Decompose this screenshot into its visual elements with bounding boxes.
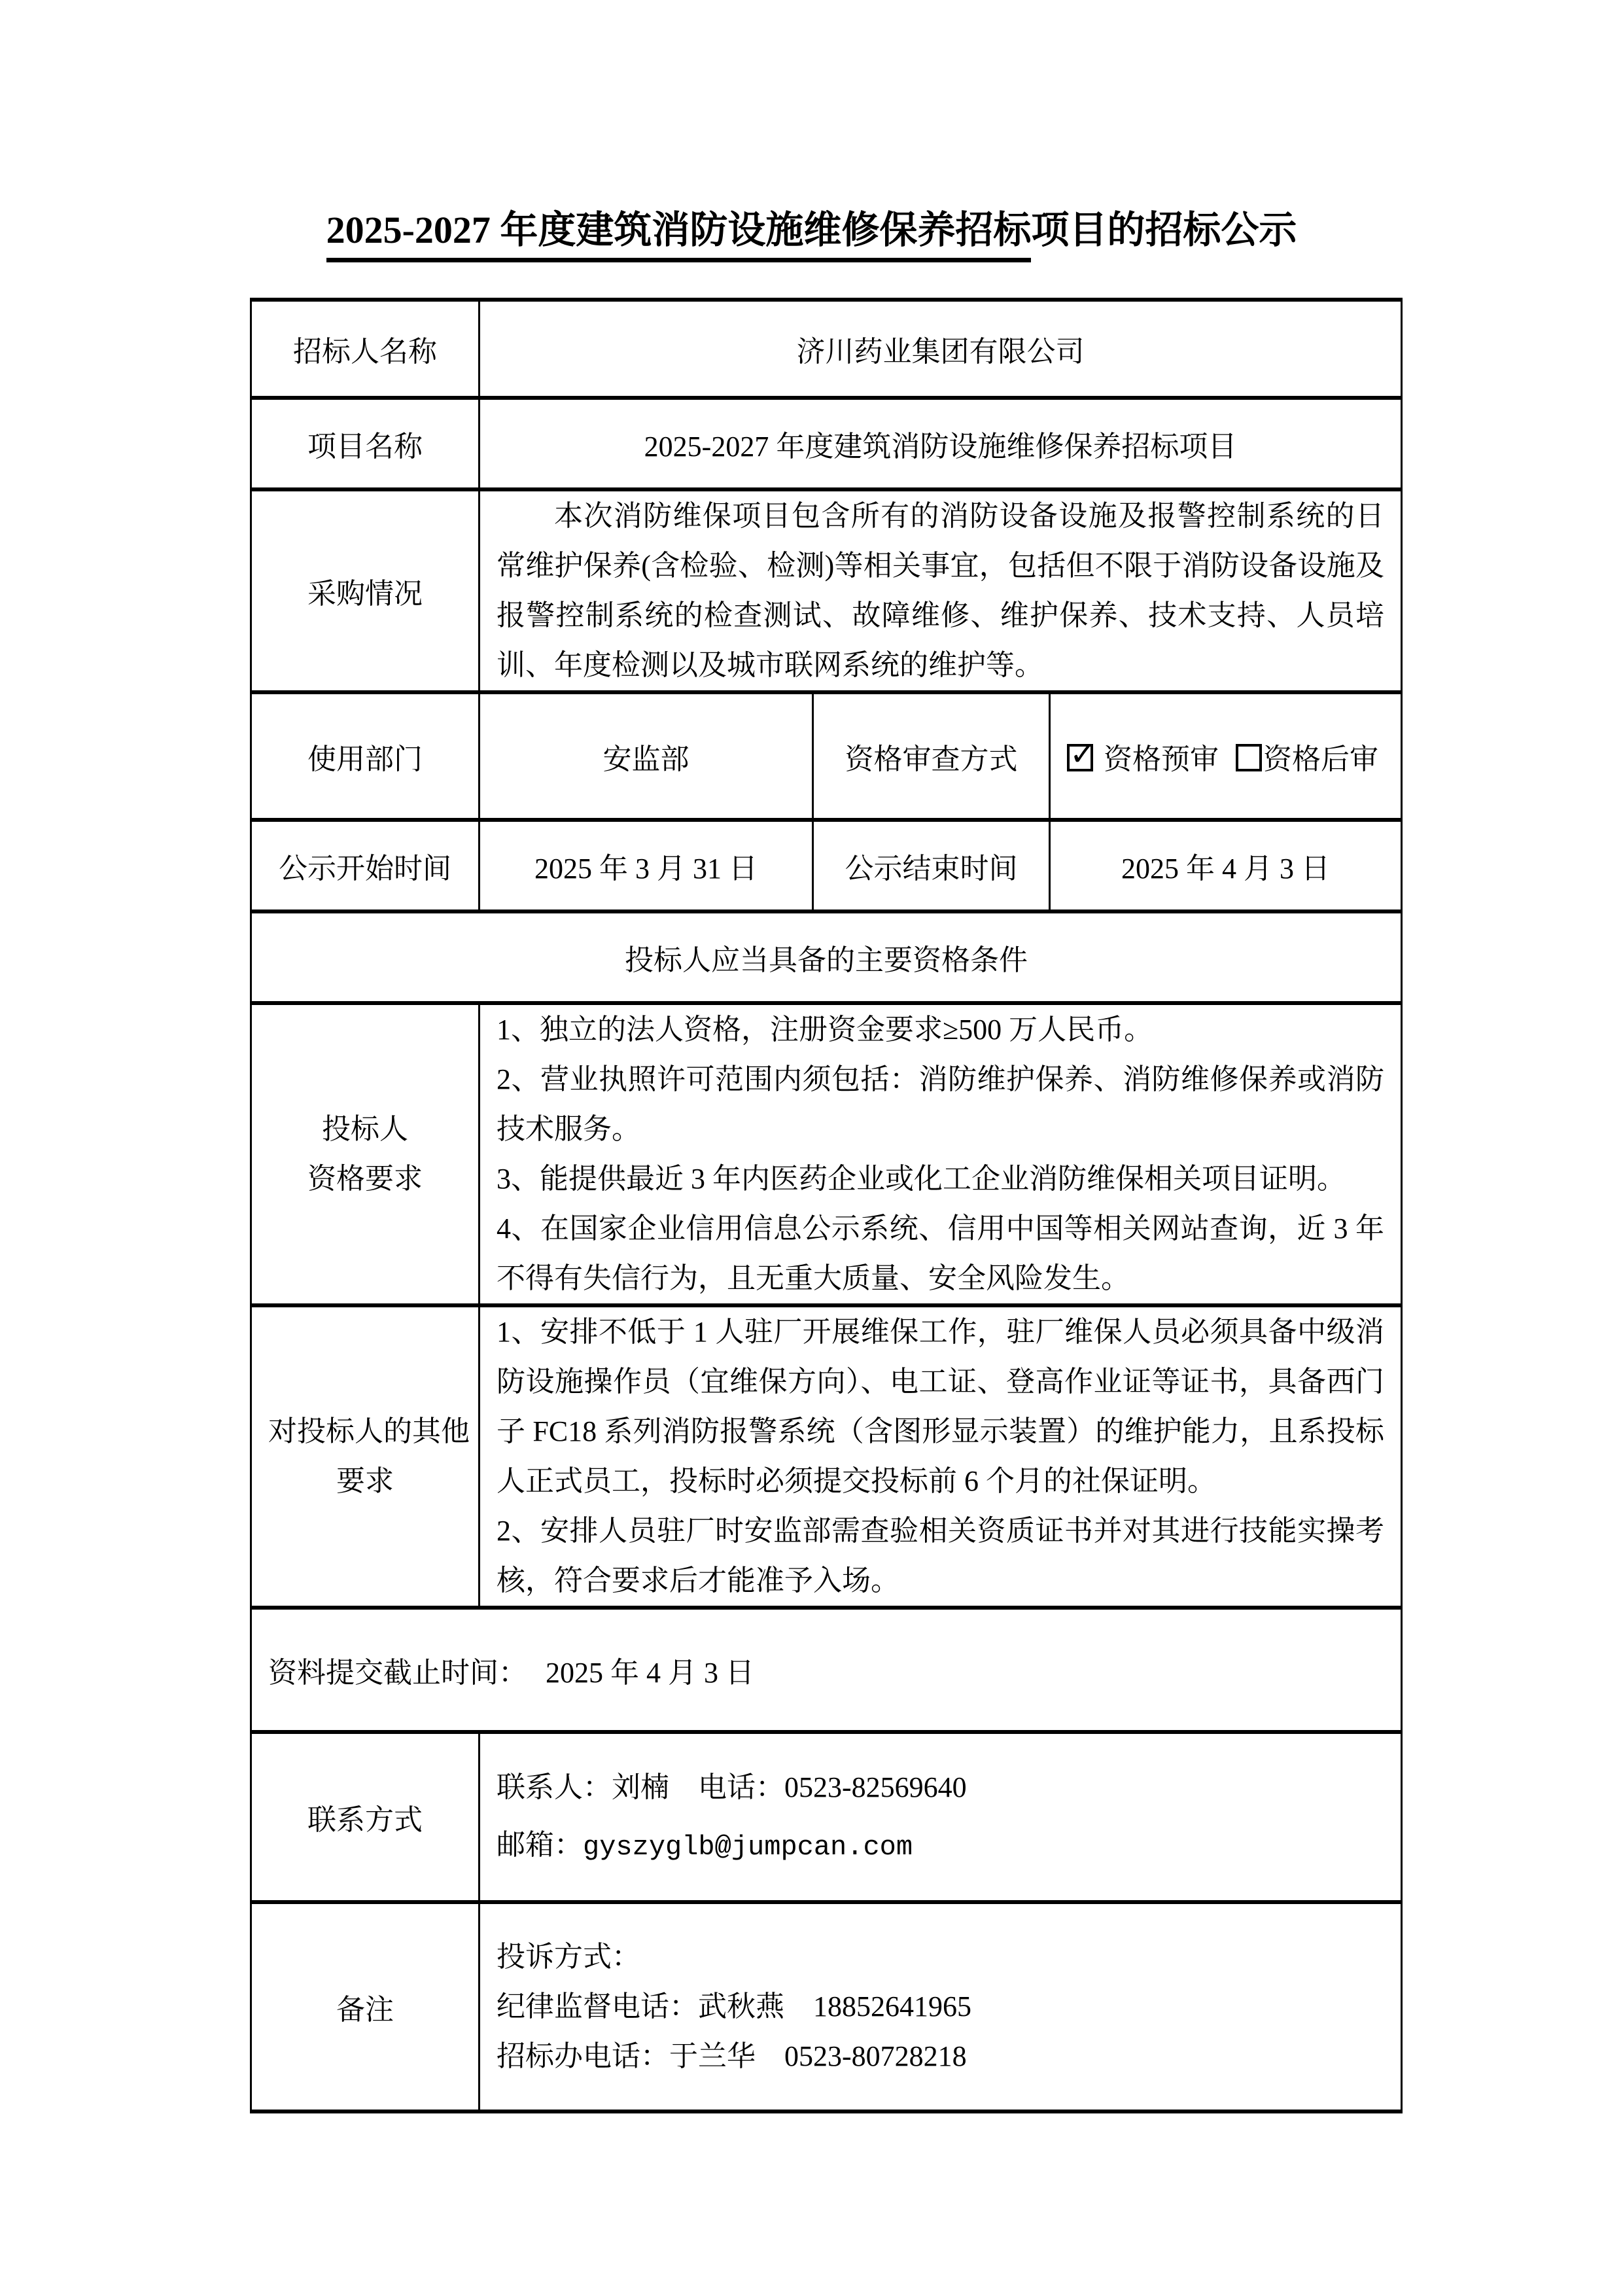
table-row-department-review: 使用部门 安监部 资格审查方式 ✓资格预审资格后审 xyxy=(251,692,1402,820)
pre-review-option: ✓资格预审 xyxy=(1067,743,1219,775)
bidder-name-value: 济川药业集团有限公司 xyxy=(480,300,1402,398)
page-title-underlined: 2025-2027 年度建筑消防设施维修保养招标 xyxy=(326,209,1032,262)
contact-label: 联系方式 xyxy=(251,1732,480,1902)
deadline-label: 资料提交截止时间： xyxy=(268,1657,527,1689)
other-requirements-items: 1、安排不低于 1 人驻厂开展维保工作，驻厂维保人员必须具备中级消防设施操作员（… xyxy=(480,1305,1402,1608)
remarks-label: 备注 xyxy=(251,1902,480,2111)
bidder-qualification-items: 1、独立的法人资格，注册资金要求≥500 万人民币。 2、营业执照许可范围内须包… xyxy=(480,1003,1402,1305)
qualification-item: 4、在国家企业信用信息公示系统、信用中国等相关网站查询，近 3 年不得有失信行为… xyxy=(497,1204,1384,1303)
remarks-line-discipline-phone: 纪律监督电话：武秋燕 18852641965 xyxy=(497,1982,1384,2032)
publicity-start-label: 公示开始时间 xyxy=(251,820,480,911)
contact-email-address: gyszyglb@jumpcan.com xyxy=(583,1831,913,1863)
post-review-option-label: 资格后审 xyxy=(1263,743,1378,775)
remarks-content: 投诉方式： 纪律监督电话：武秋燕 18852641965 招标办电话：于兰华 0… xyxy=(480,1902,1402,2111)
table-row-other-requirements: 对投标人的其他 要求 1、安排不低于 1 人驻厂开展维保工作，驻厂维保人员必须具… xyxy=(251,1305,1402,1608)
table-row-contact: 联系方式 联系人：刘楠 电话：0523-82569640 邮箱：gyszyglb… xyxy=(251,1732,1402,1902)
document-page: 2025-2027 年度建筑消防设施维修保养招标项目的招标公示 招标人名称 济川… xyxy=(0,0,1623,2296)
using-department-label: 使用部门 xyxy=(251,692,480,820)
bidder-name-label: 招标人名称 xyxy=(251,300,480,398)
contact-person-line: 联系人：刘楠 电话：0523-82569640 xyxy=(497,1759,1384,1816)
contact-info: 联系人：刘楠 电话：0523-82569640 邮箱：gyszyglb@jump… xyxy=(480,1732,1402,1902)
remarks-line-bidding-office-phone: 招标办电话：于兰华 0523-80728218 xyxy=(497,2032,1384,2081)
publicity-end-value: 2025 年 4 月 3 日 xyxy=(1050,820,1402,911)
project-name-label: 项目名称 xyxy=(251,398,480,489)
announcement-table: 招标人名称 济川药业集团有限公司 项目名称 2025-2027 年度建筑消防设施… xyxy=(250,298,1403,2113)
other-requirements-label: 对投标人的其他 要求 xyxy=(251,1305,480,1608)
using-department-value: 安监部 xyxy=(480,692,813,820)
check-mark-icon: ✓ xyxy=(1070,739,1096,770)
requirement-item: 1、安排不低于 1 人驻厂开展维保工作，驻厂维保人员必须具备中级消防设施操作员（… xyxy=(497,1307,1384,1506)
qualification-header: 投标人应当具备的主要资格条件 xyxy=(251,911,1402,1003)
page-title-rest: 项目的招标公示 xyxy=(1031,209,1297,251)
remarks-line-complaint: 投诉方式： xyxy=(497,1932,1384,1982)
publicity-end-label: 公示结束时间 xyxy=(813,820,1050,911)
other-requirements-label-line2: 要求 xyxy=(268,1457,462,1506)
bidder-qualification-label-line1: 投标人 xyxy=(268,1104,462,1154)
table-row-remarks: 备注 投诉方式： 纪律监督电话：武秋燕 18852641965 招标办电话：于兰… xyxy=(251,1902,1402,2111)
qualification-review-label: 资格审查方式 xyxy=(813,692,1050,820)
other-requirements-label-line1: 对投标人的其他 xyxy=(268,1407,462,1457)
procurement-paragraph: 本次消防维保项目包含所有的消防设备设施及报警控制系统的日常维护保养(含检验、检测… xyxy=(480,489,1402,692)
table-row-qualification-header: 投标人应当具备的主要资格条件 xyxy=(251,911,1402,1003)
bidder-qualification-label: 投标人 资格要求 xyxy=(251,1003,480,1305)
deadline-value: 2025 年 4 月 3 日 xyxy=(546,1657,754,1689)
qualification-review-options: ✓资格预审资格后审 xyxy=(1050,692,1402,820)
procurement-label: 采购情况 xyxy=(251,489,480,692)
post-review-option: 资格后审 xyxy=(1236,743,1378,775)
contact-email-line: 邮箱：gyszyglb@jumpcan.com xyxy=(497,1816,1384,1876)
deadline-cell: 资料提交截止时间：2025 年 4 月 3 日 xyxy=(251,1608,1402,1732)
table-row-procurement: 采购情况 本次消防维保项目包含所有的消防设备设施及报警控制系统的日常维护保养(含… xyxy=(251,489,1402,692)
contact-email-label: 邮箱： xyxy=(497,1829,583,1861)
checkbox-checked-icon: ✓ xyxy=(1067,744,1093,771)
table-row-project-name: 项目名称 2025-2027 年度建筑消防设施维修保养招标项目 xyxy=(251,398,1402,489)
table-row-bidder-qualification: 投标人 资格要求 1、独立的法人资格，注册资金要求≥500 万人民币。 2、营业… xyxy=(251,1003,1402,1305)
table-row-publicity-dates: 公示开始时间 2025 年 3 月 31 日 公示结束时间 2025 年 4 月… xyxy=(251,820,1402,911)
page-title: 2025-2027 年度建筑消防设施维修保养招标项目的招标公示 xyxy=(0,207,1623,255)
qualification-item: 1、独立的法人资格，注册资金要求≥500 万人民币。 xyxy=(497,1005,1384,1055)
qualification-item: 3、能提供最近 3 年内医药企业或化工企业消防维保相关项目证明。 xyxy=(497,1154,1384,1204)
project-name-value: 2025-2027 年度建筑消防设施维修保养招标项目 xyxy=(480,398,1402,489)
publicity-start-value: 2025 年 3 月 31 日 xyxy=(480,820,813,911)
bidder-qualification-label-line2: 资格要求 xyxy=(268,1154,462,1204)
table-row-bidder-name: 招标人名称 济川药业集团有限公司 xyxy=(251,300,1402,398)
checkbox-unchecked-icon xyxy=(1236,744,1262,771)
requirement-item: 2、安排人员驻厂时安监部需查验相关资质证书并对其进行技能实操考核，符合要求后才能… xyxy=(497,1506,1384,1606)
table-row-deadline: 资料提交截止时间：2025 年 4 月 3 日 xyxy=(251,1608,1402,1732)
qualification-item: 2、营业执照许可范围内须包括：消防维护保养、消防维修保养或消防技术服务。 xyxy=(497,1055,1384,1154)
pre-review-option-label: 资格预审 xyxy=(1104,743,1219,775)
